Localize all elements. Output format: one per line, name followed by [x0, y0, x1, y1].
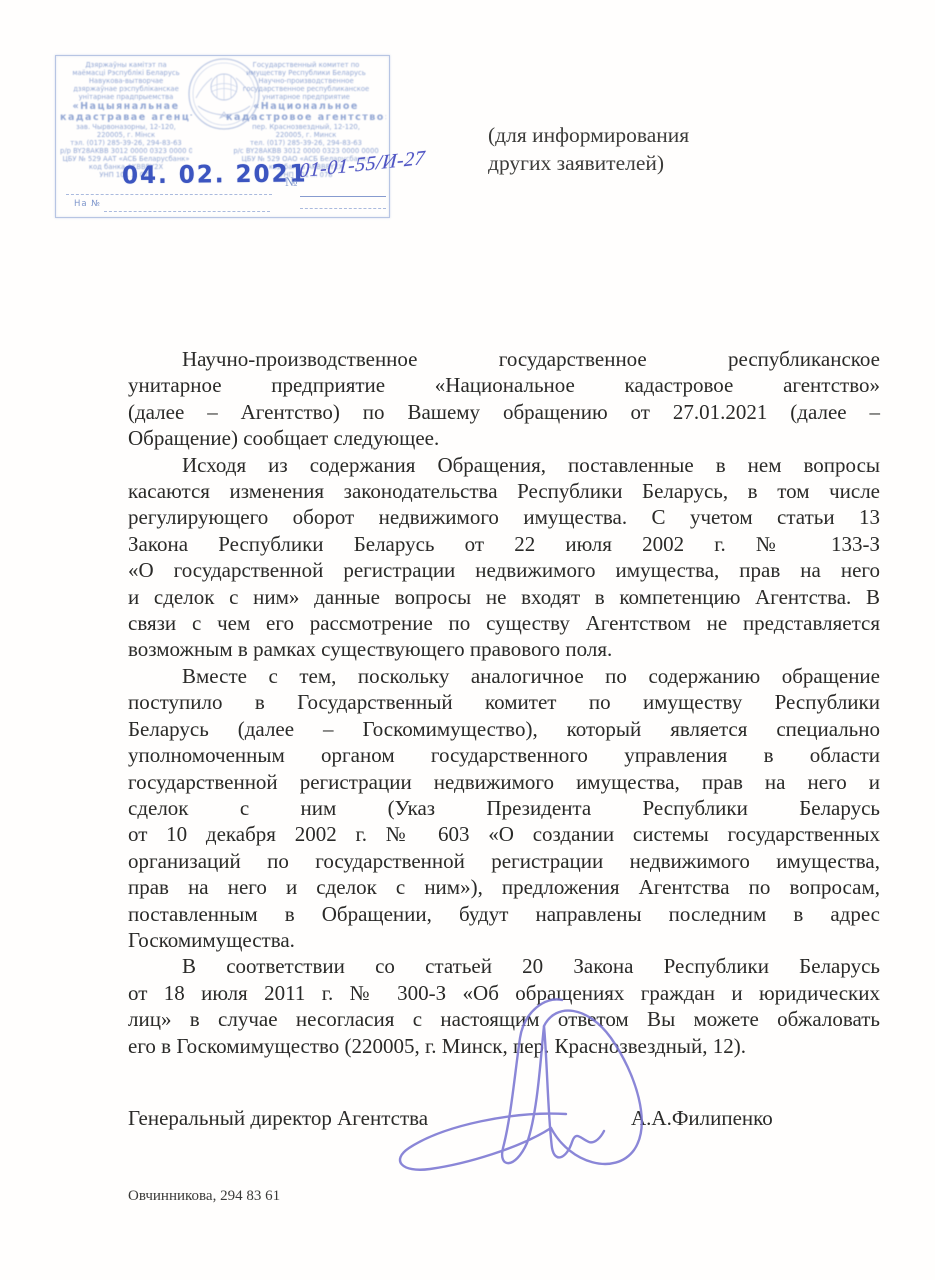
text-line: от 10 декабря 2002 г. № 603 «О создании … [128, 821, 880, 847]
text-line: уполномоченным органом государственного … [128, 742, 880, 768]
text-line: возможным в рамках существующего правово… [128, 636, 880, 662]
stamp-text-line: тэл. (017) 285-39-26, 294-83-63 [60, 139, 192, 147]
text-line: Исходя из содержания Обращения, поставле… [128, 452, 880, 478]
stamp-text-line: кадастравае агенцтва» [60, 112, 192, 123]
text-line: регулирующего оборот недвижимого имущест… [128, 504, 880, 530]
stamp-text-line: Навукова-вытворчае [60, 77, 192, 85]
belarus-coat-of-arms-icon [184, 54, 264, 134]
scanned-letter-page: Дзяржаўны камітэт памаёмасці Рэспублікі … [0, 0, 935, 1280]
ruled-line [104, 211, 270, 212]
text-line: прав на него и сделок с ним»), предложен… [128, 874, 880, 900]
text-line: «О государственной регистрации недвижимо… [128, 557, 880, 583]
ruled-line [300, 208, 386, 209]
na-number-label: На № [74, 199, 101, 209]
number-label: № [285, 174, 297, 190]
text-line: Научно-производственное государственное … [128, 346, 880, 372]
text-line: унитарное предприятие «Национальное када… [128, 372, 880, 398]
organization-stamp: Дзяржаўны камітэт памаёмасці Рэспублікі … [55, 55, 390, 218]
body-paragraph: Научно-производственное государственное … [128, 346, 880, 452]
body-paragraph: Вместе с тем, поскольку аналогичное по с… [128, 663, 880, 953]
letter-body: Научно-производственное государственное … [128, 346, 880, 1059]
stamp-text-line: р/р BY28AKBB 3012 0000 0323 0000 0000 [60, 147, 192, 155]
stamp-text-line: тел. (017) 285-39-26, 294-83-63 [226, 139, 386, 147]
text-line: поставленным в Обращении, будут направле… [128, 901, 880, 927]
text-line: В соответствии со статьей 20 Закона Респ… [128, 953, 880, 979]
text-line: (далее – Агентство) по Вашему обращению … [128, 399, 880, 425]
handwritten-signature-icon [375, 985, 675, 1185]
text-line: государственной регистрации недвижимого … [128, 769, 880, 795]
text-line: Беларусь (далее – Госкомимущество), кото… [128, 716, 880, 742]
addressee-note: (для информирования других заявителей) [488, 122, 689, 177]
text-line: и сделок с ним» данные вопросы не входят… [128, 584, 880, 610]
text-line: Закона Республики Беларусь от 22 июля 20… [128, 531, 880, 557]
stamp-text-line: зав. Чырвоназорны, 12-120, [60, 123, 192, 131]
text-line: сделок с ним (Указ Президента Республики… [128, 795, 880, 821]
date-received-stamp: 04. 02. 2021 [122, 160, 308, 189]
stamp-text-line: Дзяржаўны камітэт па [60, 61, 192, 69]
text-line: Обращение) сообщает следующее. [128, 425, 880, 451]
text-line: поступило в Государственный комитет по и… [128, 689, 880, 715]
ruled-line [66, 194, 272, 195]
stamp-text-line: дзяржаўнае рэспубліканскае [60, 85, 192, 93]
text-line: Госкомимущества. [128, 927, 880, 953]
text-line: Вместе с тем, поскольку аналогичное по с… [128, 663, 880, 689]
stamp-text-line: 220005, г. Мінск [60, 131, 192, 139]
stamp-text-line: «Нацыянальнае [60, 101, 192, 112]
executor-contact: Овчинникова, 294 83 61 [128, 1188, 280, 1205]
stamp-text-line: маёмасці Рэспублікі Беларусь [60, 69, 192, 77]
addressee-note-line: (для информирования [488, 122, 689, 150]
text-line: организаций по государственной регистрац… [128, 848, 880, 874]
stamp-text-line: унітарнае прадпрыемства [60, 93, 192, 101]
text-line: касаются изменения законодательства Респ… [128, 478, 880, 504]
addressee-note-line: других заявителей) [488, 150, 689, 178]
ruled-line [300, 196, 386, 197]
text-line: связи с чем его рассмотрение по существу… [128, 610, 880, 636]
body-paragraph: Исходя из содержания Обращения, поставле… [128, 452, 880, 663]
